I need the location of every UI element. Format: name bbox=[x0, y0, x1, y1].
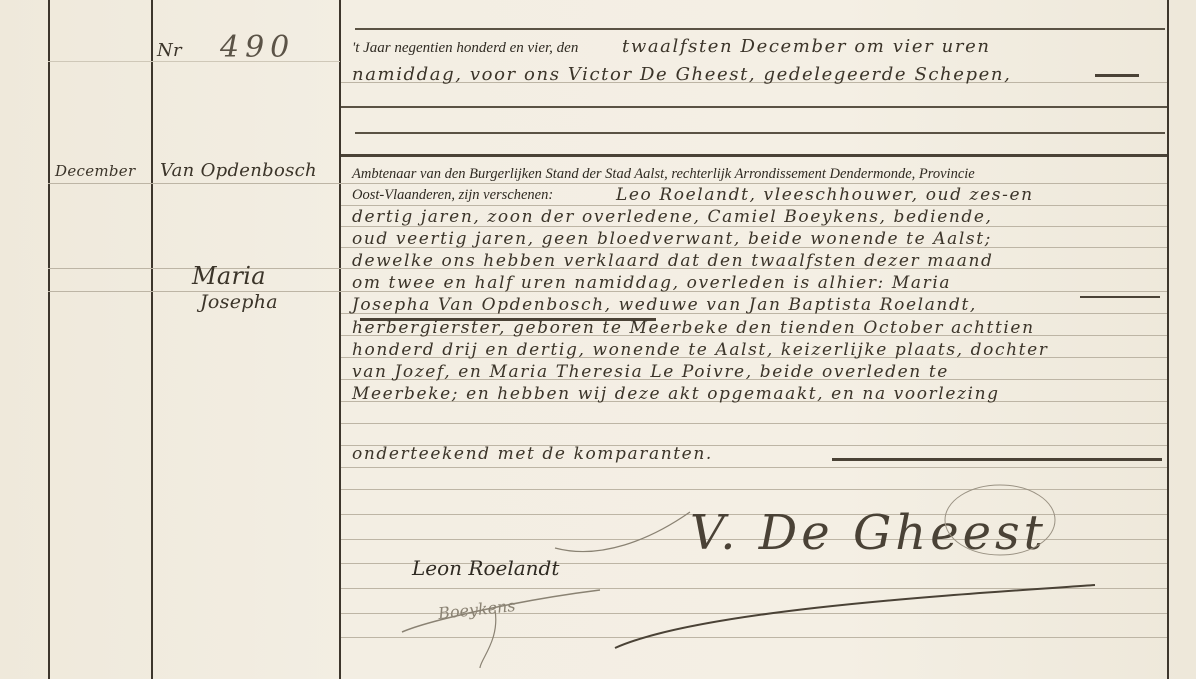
line-fill-bar bbox=[1095, 74, 1139, 77]
entry-number-label: Nr bbox=[157, 40, 182, 61]
ruled-line bbox=[341, 637, 1167, 638]
ruled-line bbox=[341, 588, 1167, 589]
body-line-9-hand: Josepha Van Opdenbosch, weduwe van Jan B… bbox=[352, 295, 977, 315]
ruled-line bbox=[341, 489, 1167, 490]
header-rule-top bbox=[355, 28, 1165, 30]
body-line-13-hand: Meerbeke; en hebben wij deze akt opgemaa… bbox=[352, 384, 1000, 404]
margin-surname: Van Opdenbosch bbox=[160, 160, 317, 181]
entry-number: 490 bbox=[220, 30, 295, 65]
body-line-1-hand: twaalfsten December om vier uren bbox=[622, 36, 991, 57]
body-line-5-hand: dertig jaren, zoon der overledene, Camie… bbox=[352, 207, 993, 227]
ruled-line bbox=[341, 205, 1167, 206]
body-line-6-hand: oud veertig jaren, geen bloedverwant, be… bbox=[352, 229, 992, 249]
signature-officer: V. De Gheest bbox=[690, 505, 1047, 561]
header-rule bbox=[341, 106, 1167, 108]
body-line-14-hand: onderteekend met de komparanten. bbox=[352, 444, 713, 464]
name-underline bbox=[1080, 296, 1160, 298]
body-line-4-printed: Oost-Vlaanderen, zijn verschenen: bbox=[352, 187, 553, 204]
margin-given-name-1: Maria bbox=[192, 262, 266, 290]
body-line-3-printed: Ambtenaar van den Burgerlijken Stand der… bbox=[352, 166, 975, 183]
ruled-line bbox=[341, 423, 1167, 424]
column-rule-margin bbox=[151, 0, 153, 679]
column-rule-right bbox=[1167, 0, 1169, 679]
signature-declarant-1: Leon Roelandt bbox=[412, 556, 559, 580]
ruled-line bbox=[341, 467, 1167, 468]
body-line-11-hand: honderd drij en dertig, wonende te Aalst… bbox=[352, 340, 1048, 360]
margin-guide-line bbox=[48, 61, 340, 62]
body-line-10-hand: herbergierster, geboren te Meerbeke den … bbox=[352, 318, 1035, 338]
body-line-4-hand: Leo Roelandt, vleeschhouwer, oud zes-en bbox=[616, 185, 1034, 205]
register-page: Nr 490 December Van Opdenbosch Maria Jos… bbox=[0, 0, 1196, 679]
line-fill-bar bbox=[832, 458, 1162, 461]
body-line-12-hand: van Jozef, en Maria Theresia Le Poivre, … bbox=[352, 362, 949, 382]
signature-declarant-2: Boeykens bbox=[437, 596, 516, 623]
margin-given-name-2: Josepha bbox=[200, 291, 278, 313]
body-line-8-hand: om twee en half uren namiddag, overleden… bbox=[352, 273, 951, 293]
header-rule-bottom bbox=[341, 154, 1167, 157]
column-rule-left bbox=[48, 0, 50, 679]
margin-month: December bbox=[55, 162, 135, 180]
header-rule bbox=[355, 132, 1165, 134]
column-rule-body bbox=[339, 0, 341, 679]
ruled-line bbox=[48, 183, 1167, 184]
body-line-1-printed: 't Jaar negentien honderd en vier, den bbox=[352, 40, 578, 57]
body-line-7-hand: dewelke ons hebben verklaard dat den twa… bbox=[352, 251, 993, 271]
body-line-2-hand: namiddag, voor ons Victor De Gheest, ged… bbox=[352, 64, 1011, 85]
